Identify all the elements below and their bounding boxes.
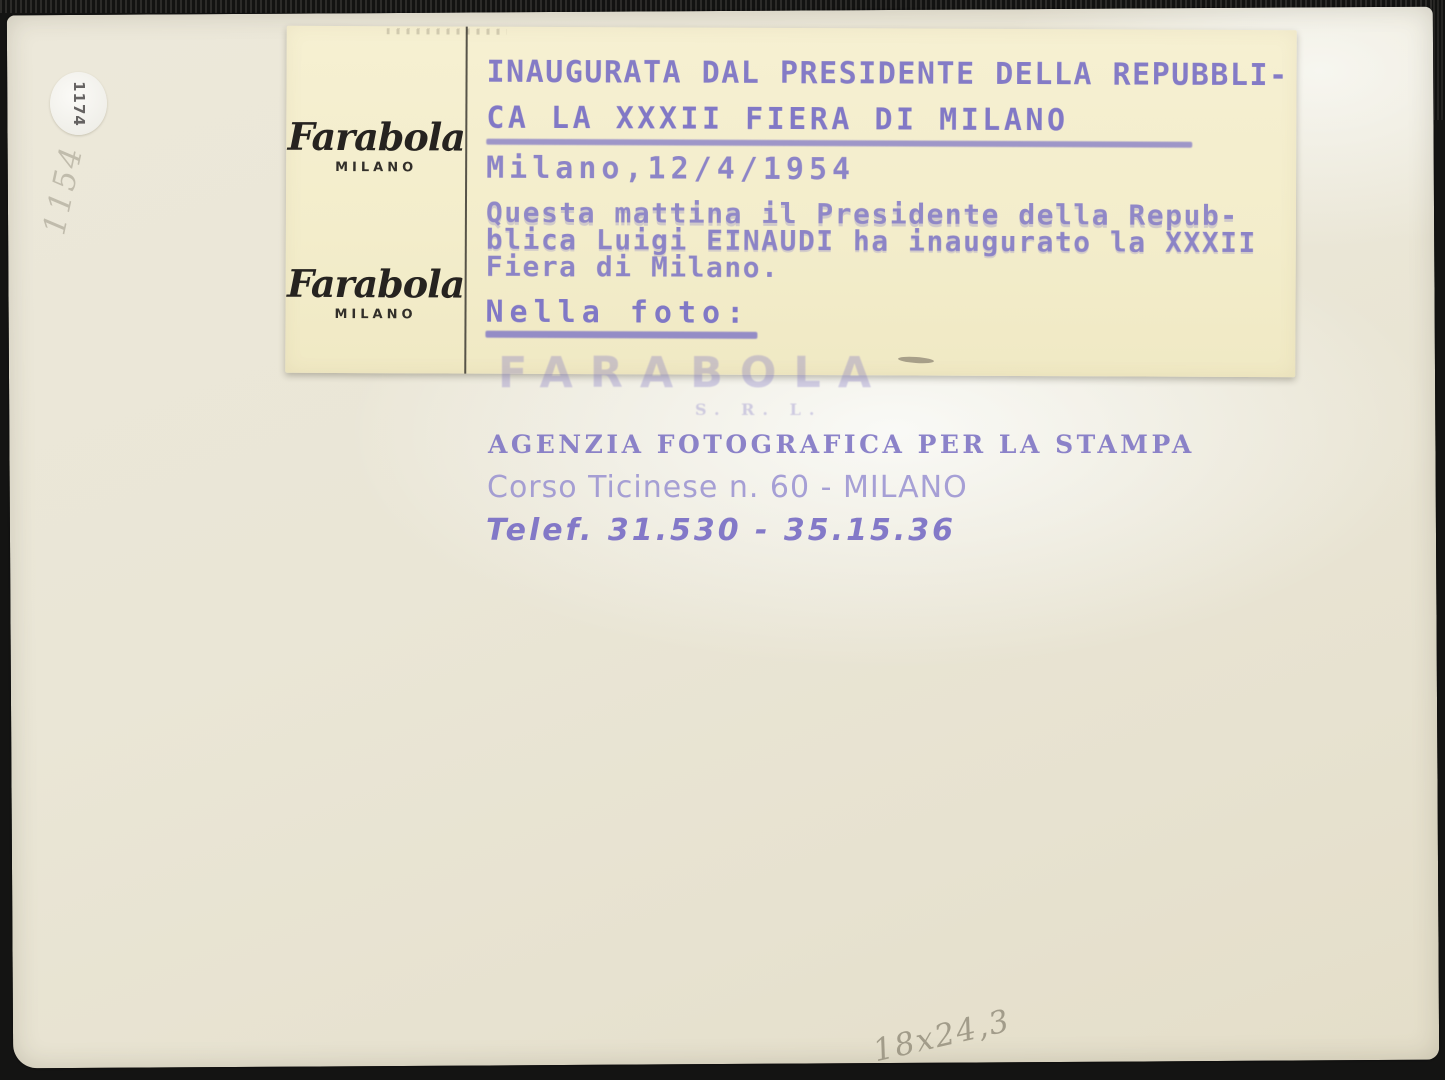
scanner-lid-texture-right [1433, 0, 1445, 120]
logo-column: Farabola MILANO Farabola MILANO [285, 26, 467, 374]
agency-stamp-name: FARABOLA [498, 348, 888, 398]
caption-nella-foto: Nella foto: [485, 295, 750, 331]
agency-stamp-line3: Telef. 31.530 - 35.15.36 [486, 513, 956, 548]
agency-stamp-line1: AGENZIA FOTOGRAFICA PER LA STAMPA [488, 430, 1195, 459]
farabola-logo-2: Farabola MILANO [285, 261, 465, 323]
stamped-caption-text: INAUGURATA DAL PRESIDENTE DELLA REPUBBLI… [485, 27, 1291, 378]
caption-title-line2: CA LA XXXII FIERA DI MILANO [486, 101, 1068, 139]
farabola-logo-1: Farabola MILANO [286, 114, 466, 176]
label-divider-line [464, 27, 468, 374]
caption-label-card: Farabola MILANO Farabola MILANO INAUGURA… [285, 26, 1297, 377]
farabola-logo-script: Farabola [286, 114, 466, 160]
agency-stamp-srl: S. R. L. [695, 400, 822, 419]
scan-background: 1174 1154 Farabola MILANO Farabola MILAN… [0, 0, 1445, 1080]
caption-title-line1: INAUGURATA DAL PRESIDENTE DELLA REPUBBLI… [486, 55, 1288, 93]
farabola-logo-script: Farabola [286, 261, 466, 307]
farabola-logo-city: MILANO [286, 160, 466, 176]
caption-body-line3: Fiera di Milano. [486, 250, 780, 284]
archive-number-sticker: 1174 [50, 72, 107, 135]
farabola-logo-city: MILANO [285, 307, 465, 323]
title-underline [486, 139, 1192, 148]
archive-number: 1174 [70, 81, 88, 127]
agency-stamp-line2: Corso Ticinese n. 60 - MILANO [487, 470, 968, 505]
nella-foto-underline [485, 331, 757, 339]
caption-dateline: Milano,12/4/1954 [486, 151, 855, 188]
